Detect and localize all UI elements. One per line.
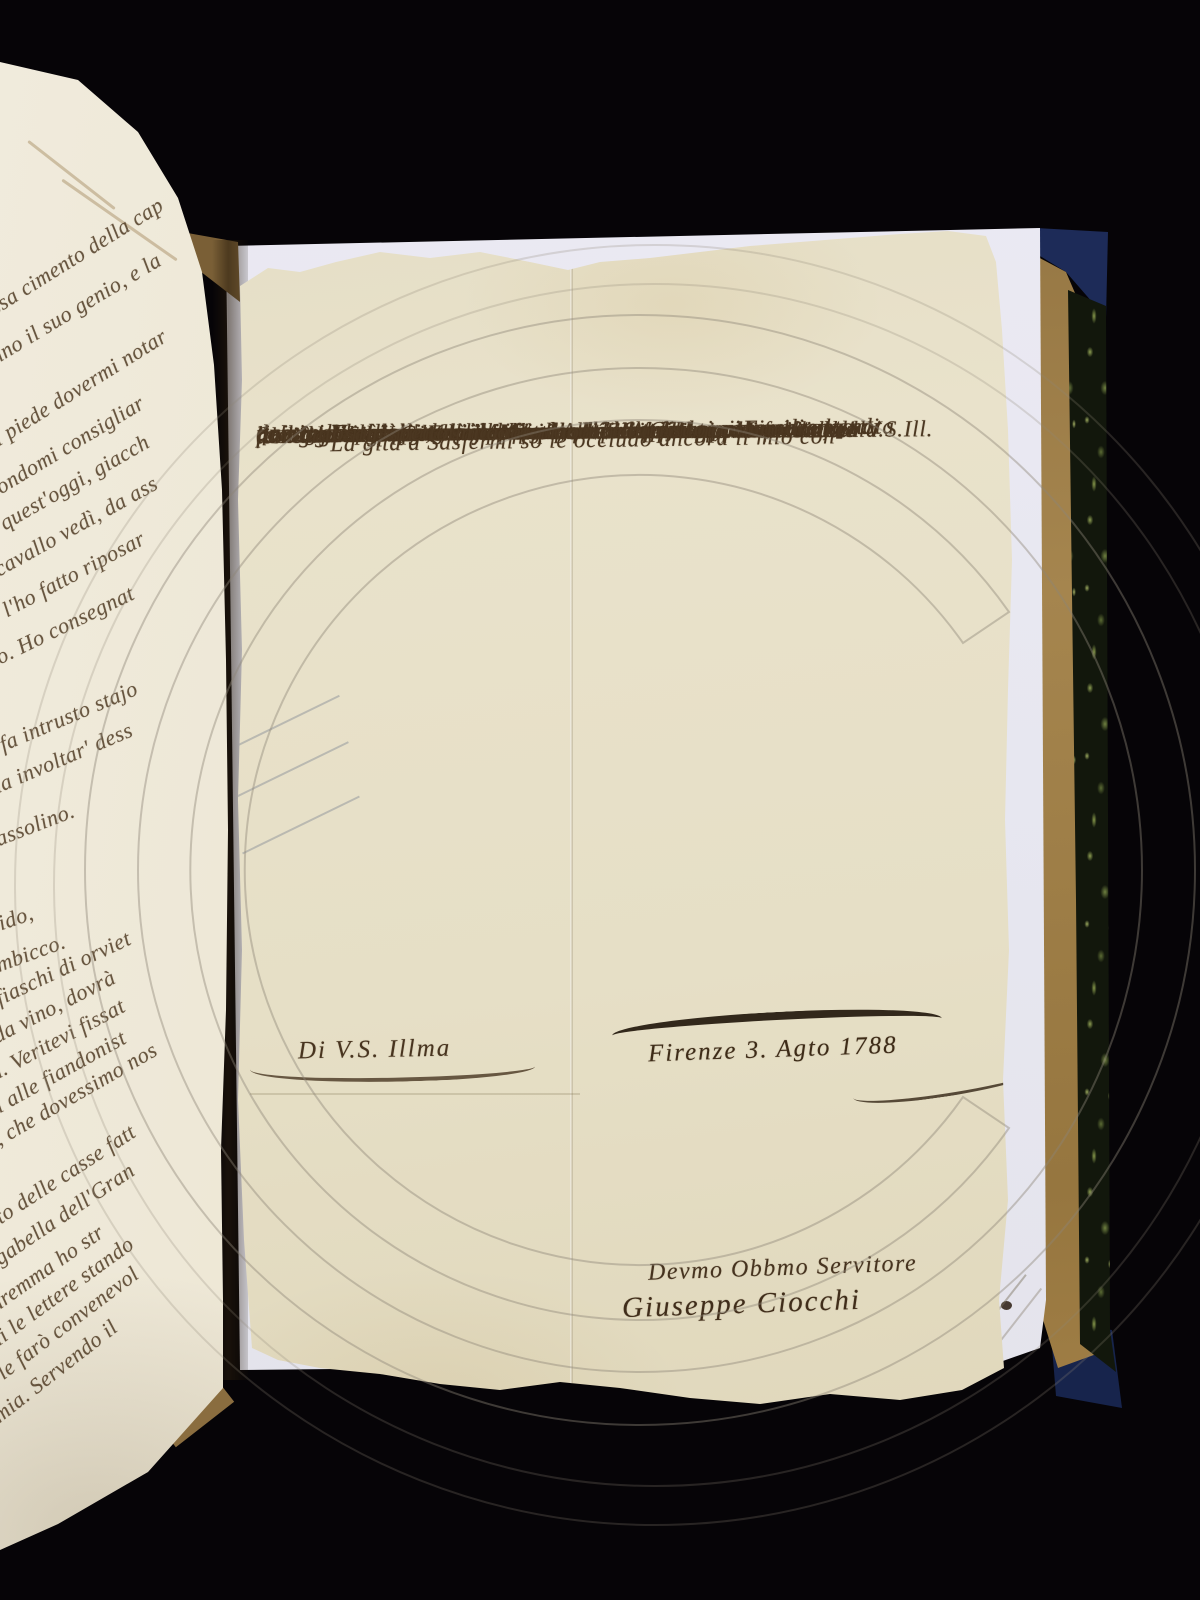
letter-closing: Di V.S. Illma [298,1035,452,1066]
letter-signoff-title: Devmo Obbmo Servitore [648,1250,918,1286]
left-page-line: olido, [0,900,37,942]
fold-crease-horizontal [250,1093,580,1095]
left-page-line: passolino. [0,798,79,856]
letter-line: con tutto il rispetto mi confermo [256,415,580,450]
left-page-line: eranno il suo genio, e la [0,247,166,386]
pencil-mark [242,796,360,855]
letter-body: da alle Locande caspi cinque paoli lo st… [256,410,986,418]
bleedthrough-mark [27,140,116,210]
letter-signature: Giuseppe Ciocchi [621,1284,861,1325]
open-book-photo: ndessa cimento della cap eranno il suo g… [0,0,1200,1600]
